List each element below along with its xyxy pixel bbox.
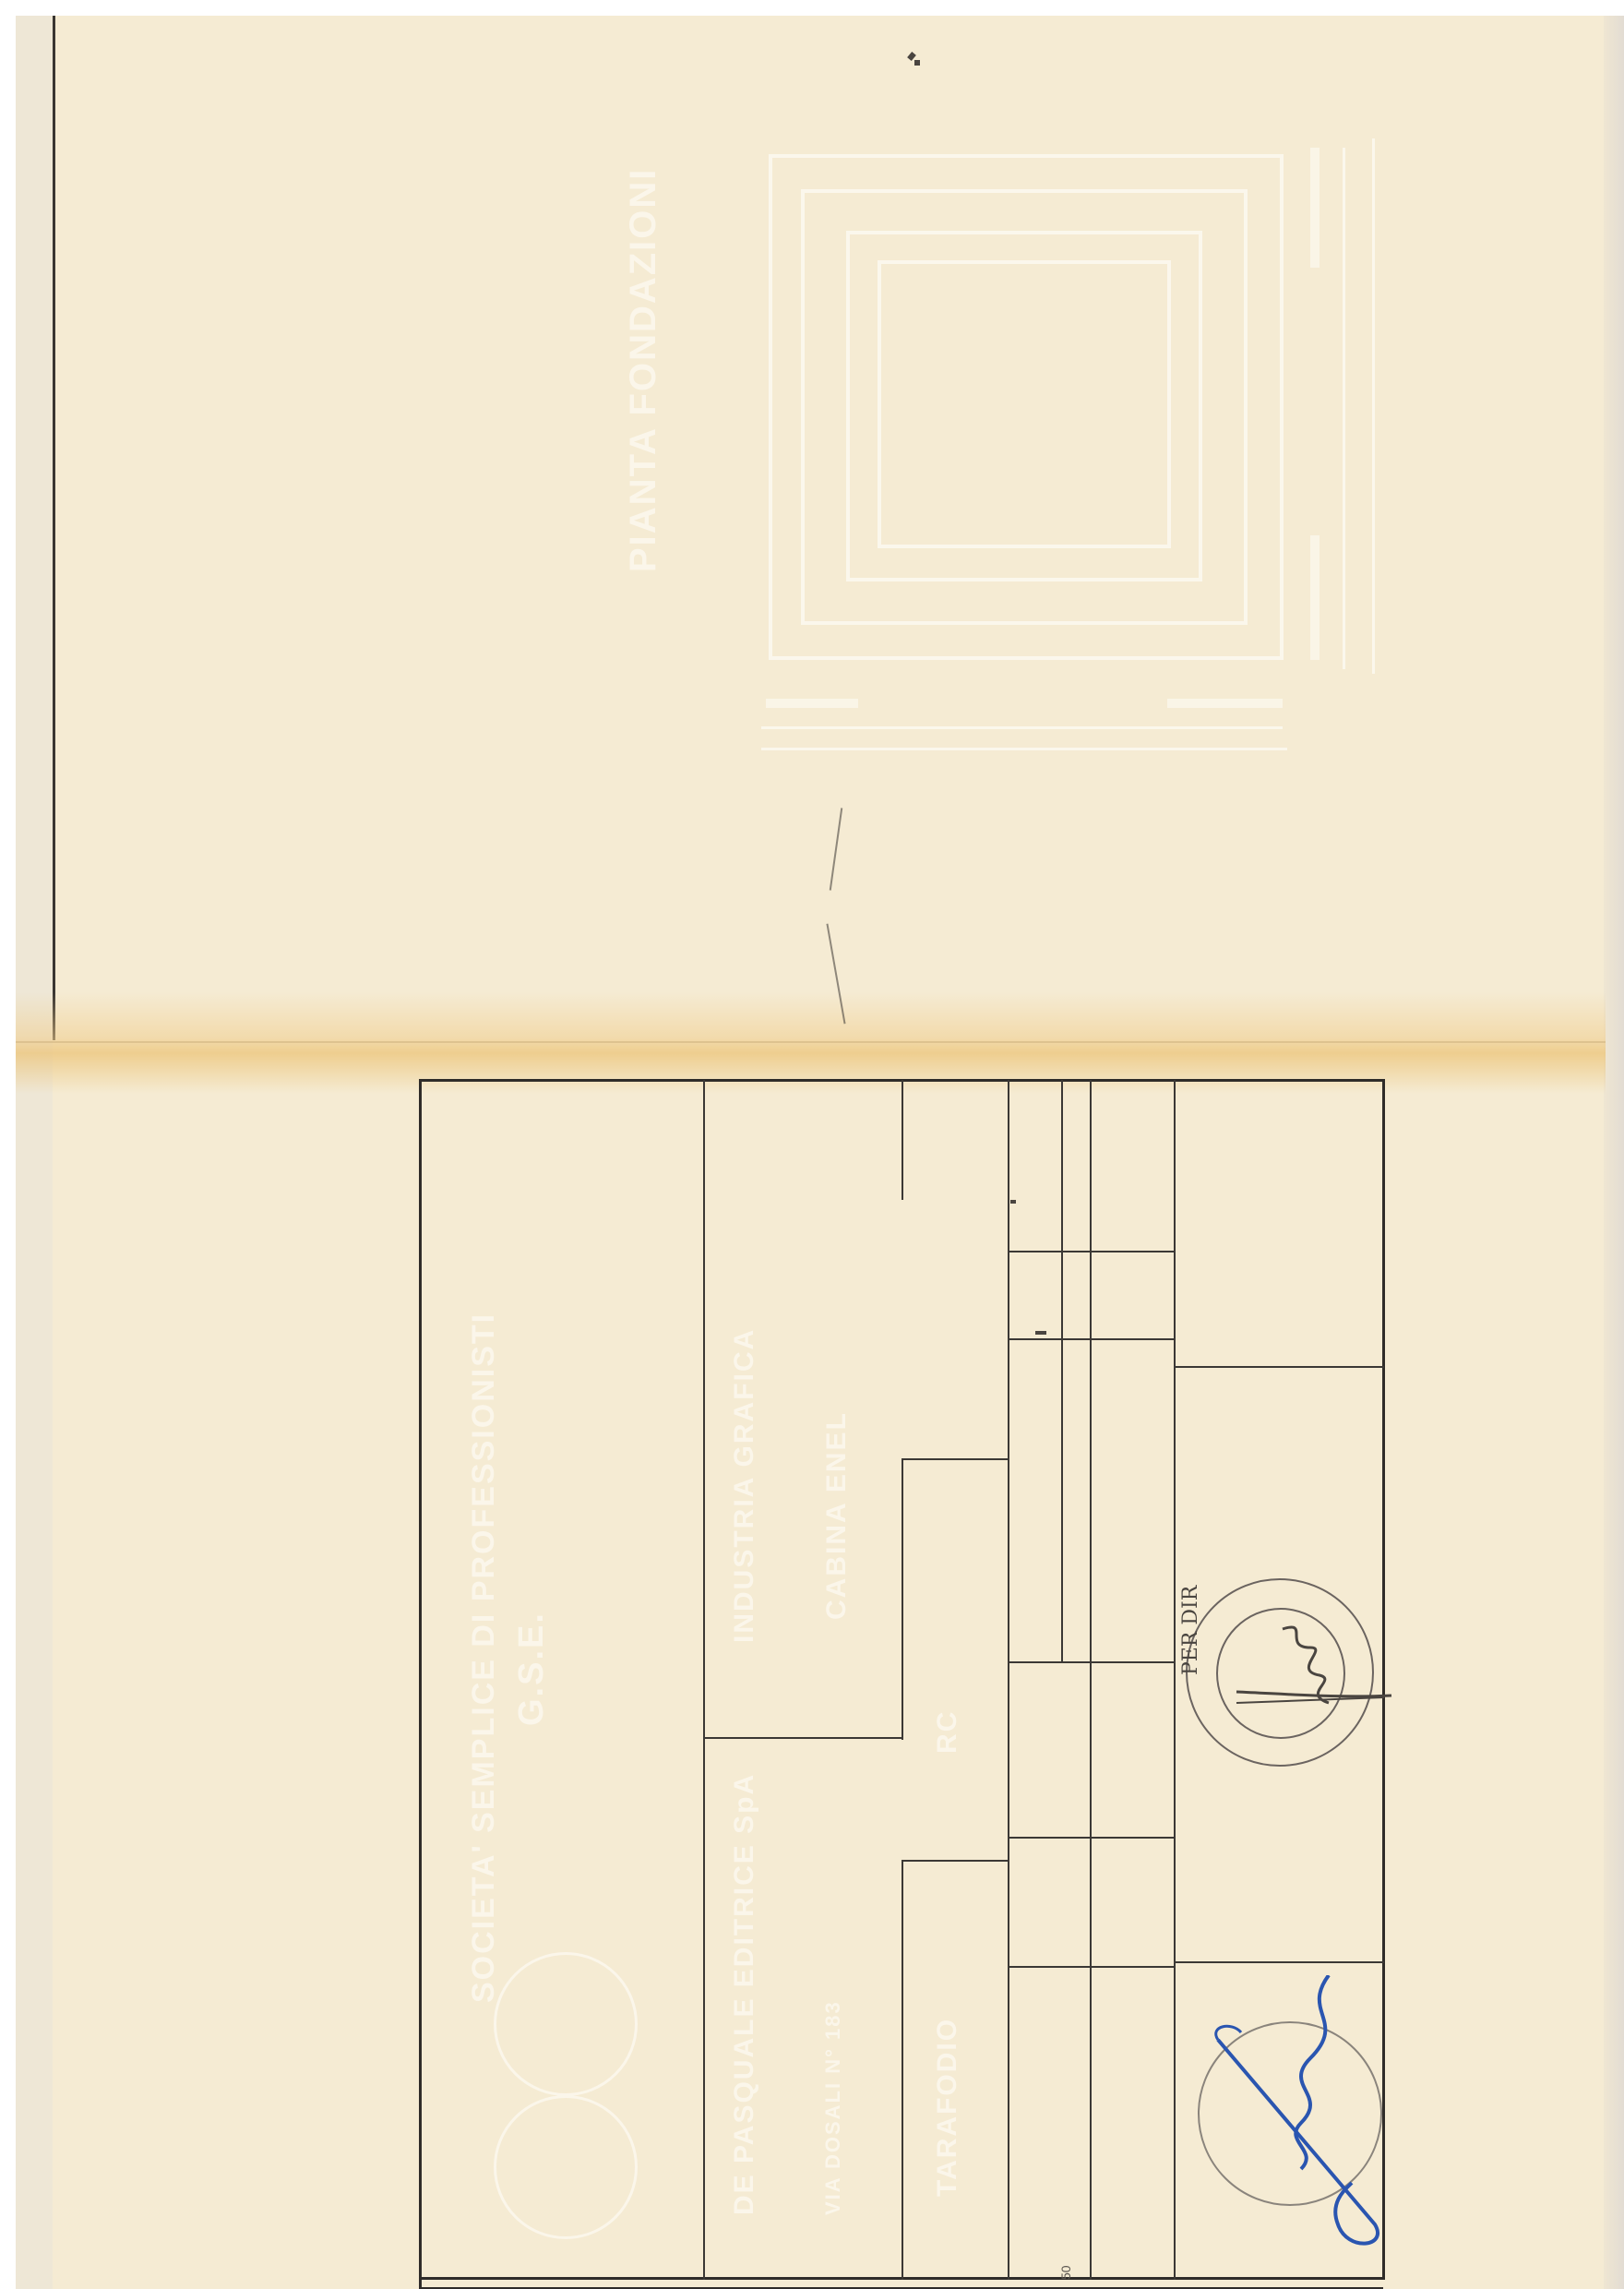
inner-square bbox=[878, 260, 1171, 548]
grid-line bbox=[1174, 1366, 1384, 1368]
drawing-code: RC bbox=[932, 1710, 963, 1754]
fold-line bbox=[16, 1041, 1606, 1043]
dimension-line-bottom-1 bbox=[761, 726, 1283, 729]
small-number-mark: 50 bbox=[1058, 2265, 1073, 2280]
dimension-text-block bbox=[1167, 699, 1283, 708]
firm-acronym: G.S.E. bbox=[512, 1612, 552, 1726]
dimension-line-bottom-2 bbox=[761, 748, 1287, 750]
grid-line bbox=[902, 1860, 1008, 1862]
tick-mark bbox=[1035, 1331, 1046, 1335]
ink-speck bbox=[914, 60, 920, 66]
location: TARAFODIO bbox=[932, 2018, 963, 2197]
grid-line bbox=[1008, 1080, 1009, 2280]
director-signature-icon bbox=[1227, 1611, 1393, 1740]
blue-signature-icon bbox=[1190, 1975, 1403, 2271]
client-activity: INDUSTRIA GRAFICA bbox=[729, 1328, 760, 1643]
firm-logo-circle bbox=[494, 1952, 638, 2096]
grid-line bbox=[1093, 1661, 1174, 1663]
dimension-line-right-1 bbox=[1343, 148, 1345, 669]
grid-line bbox=[1174, 1961, 1384, 1963]
grid-line bbox=[1008, 1338, 1174, 1340]
object-title: CABINA ENEL bbox=[821, 1411, 853, 1620]
firm-logo-circle bbox=[494, 2095, 638, 2239]
stamp-handwritten-text: PER DIR bbox=[1179, 1586, 1202, 1675]
grid-line bbox=[902, 1080, 903, 1200]
page-edge-shadow bbox=[1604, 16, 1624, 2289]
grid-line bbox=[703, 1080, 705, 2280]
dimension-text-block bbox=[766, 699, 858, 708]
binding-strip bbox=[16, 16, 53, 2289]
grid-line bbox=[1008, 1251, 1174, 1252]
grid-line bbox=[703, 1737, 902, 1739]
firm-name: SOCIETA' SEMPLICE DI PROFESSIONISTI bbox=[466, 1312, 502, 2003]
grid-line bbox=[1174, 1080, 1176, 2280]
grid-line bbox=[902, 1860, 903, 2280]
grid-line bbox=[902, 1458, 903, 1740]
dimension-line-right-2 bbox=[1372, 138, 1375, 674]
tick-mark bbox=[1010, 1200, 1016, 1204]
grid-line bbox=[1061, 1080, 1063, 1661]
drawing-title: PIANTA FONDAZIONI bbox=[623, 168, 664, 572]
client-name: DE PASQUALE EDITRICE SpA bbox=[729, 1773, 760, 2215]
address: VIA DOSALI N° 183 bbox=[821, 2000, 845, 2215]
sheet-border-left bbox=[53, 16, 55, 1040]
grid-line bbox=[1090, 1080, 1092, 2280]
dimension-text-block bbox=[1310, 148, 1319, 268]
grid-line bbox=[902, 1458, 1008, 1460]
dimension-text-block bbox=[1310, 535, 1319, 660]
